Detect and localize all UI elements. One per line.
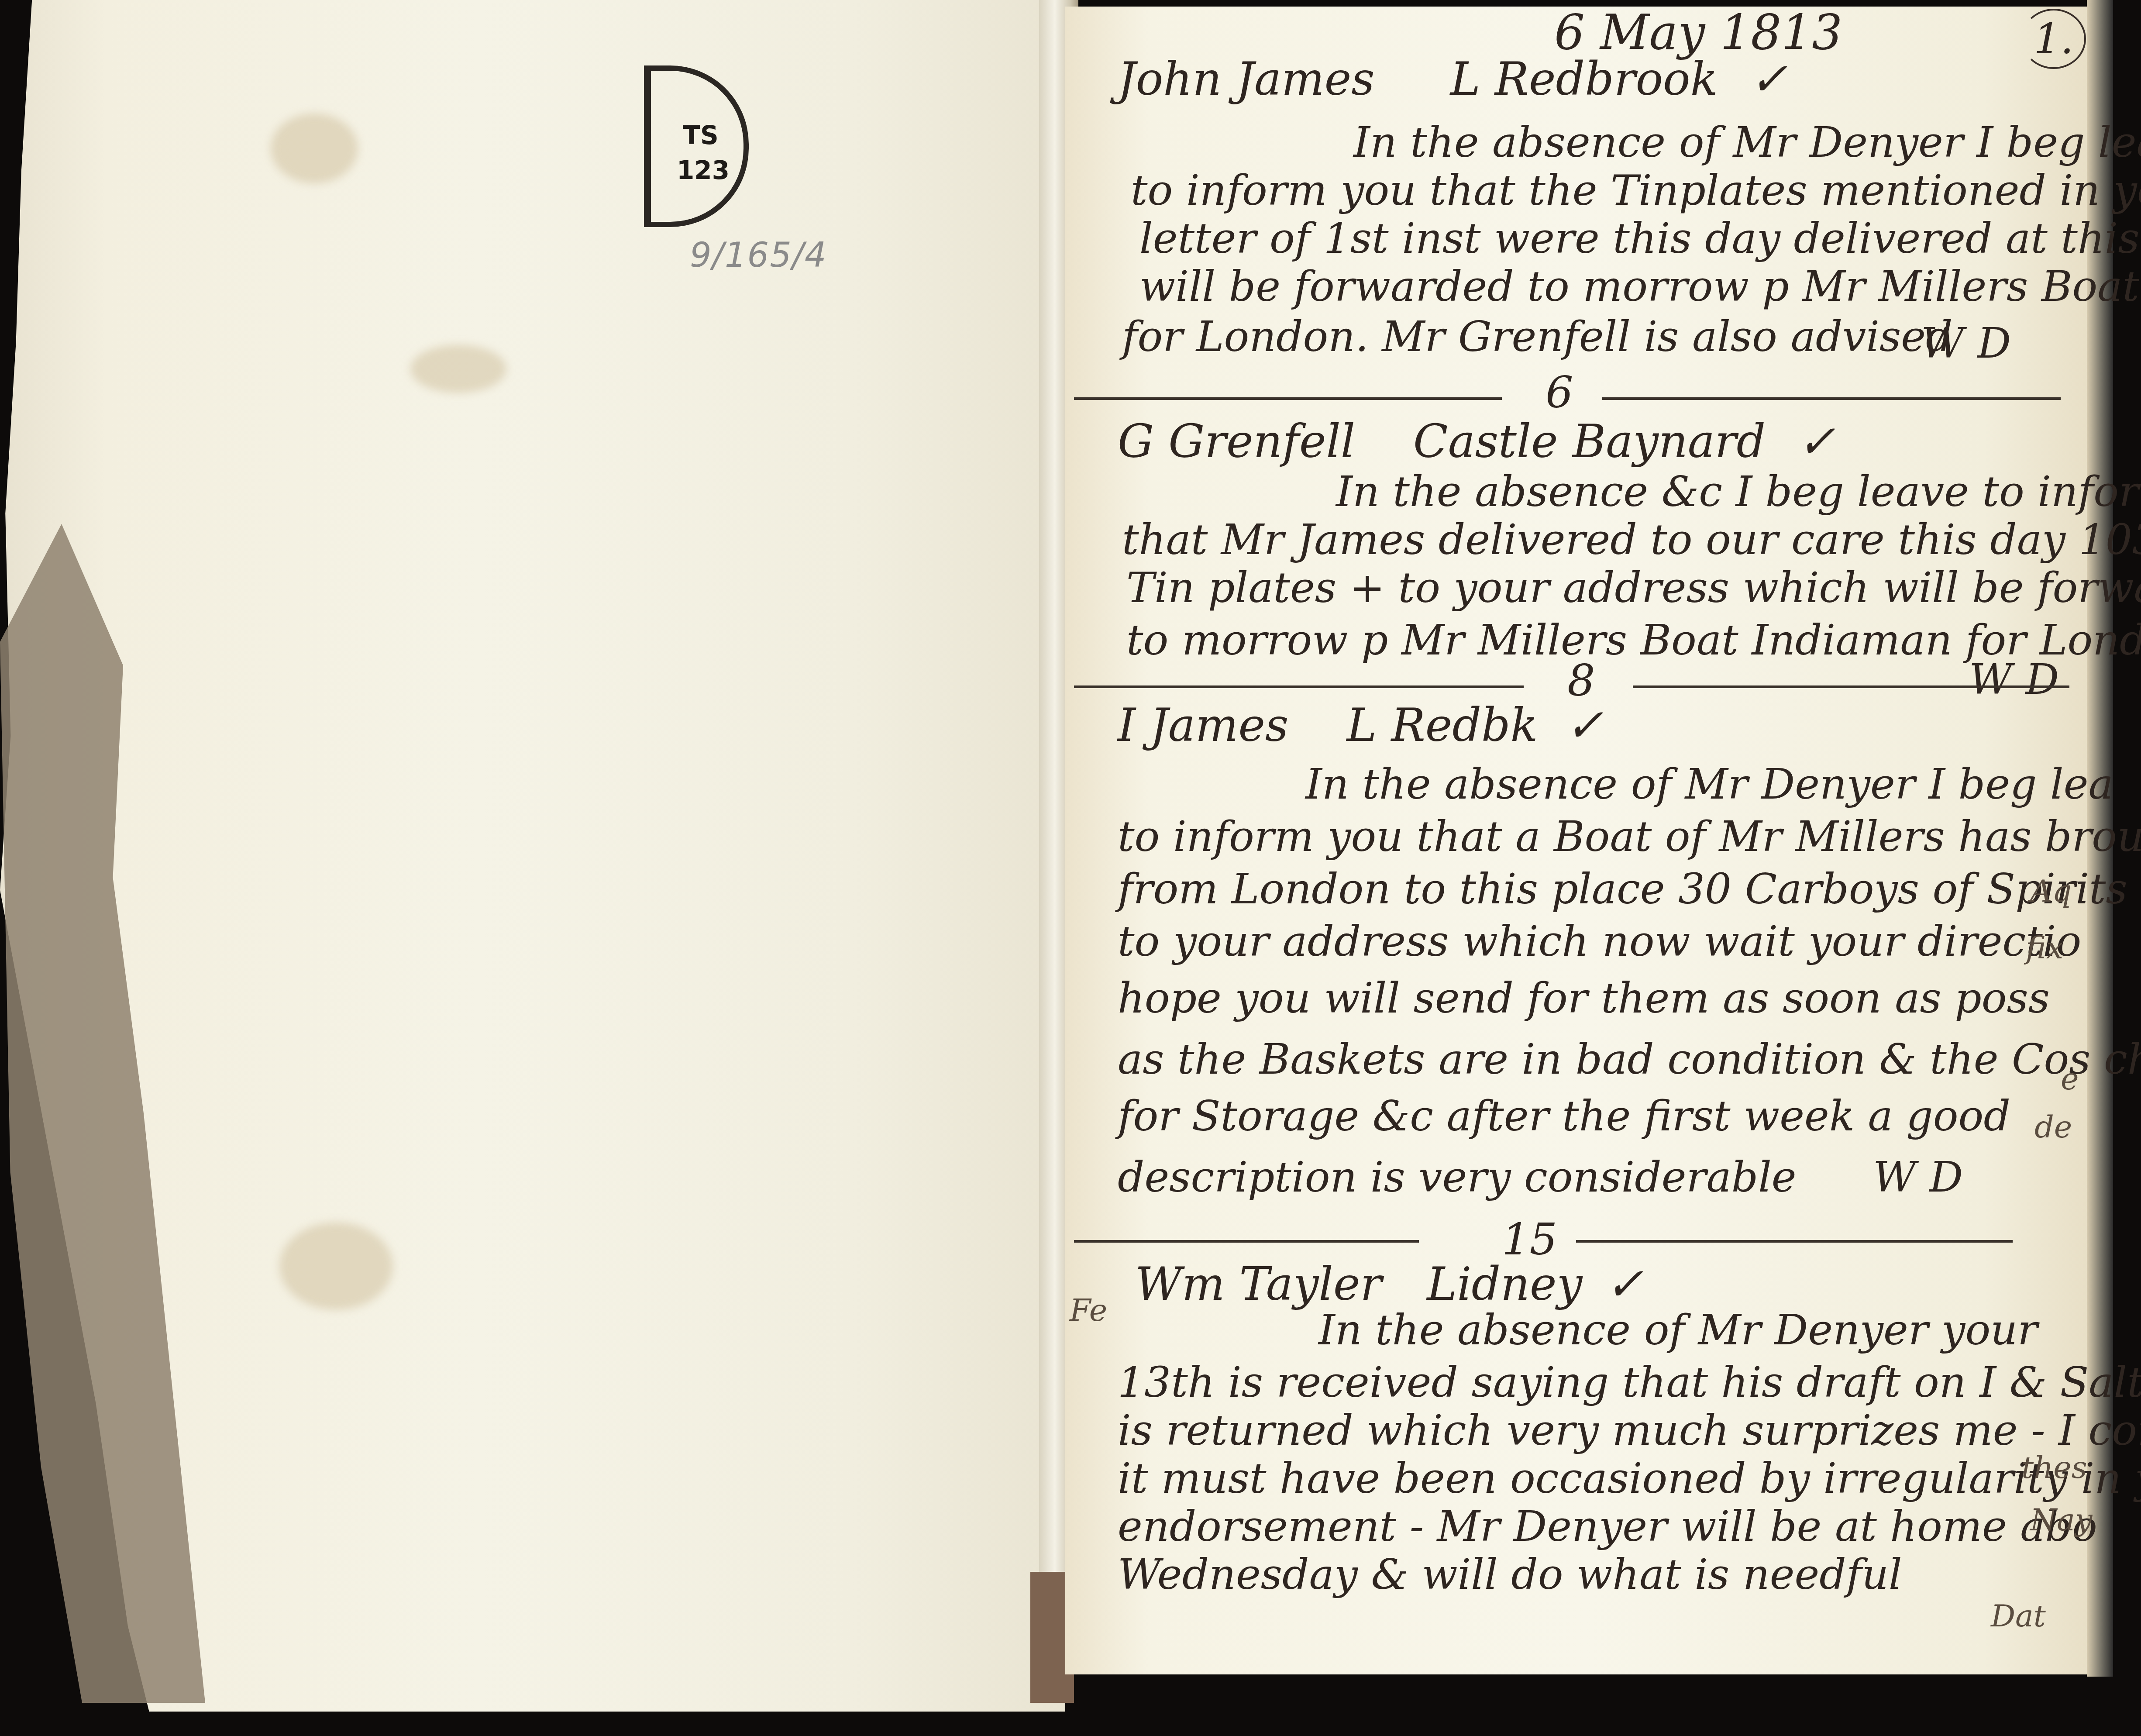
entry-divider [1576,1240,2013,1243]
stain [271,114,358,183]
check-mark-icon: ✓ [1797,415,1835,468]
page-number: 1. [2021,9,2086,69]
entry-4-place: Lidney [1427,1257,1582,1311]
entry-1-heading: John James L Redbrook ✓ [1118,52,1788,106]
entry-2-recipient: G Grenfell [1118,415,1355,468]
entry-2-line: Tin plates + to your address which will … [1126,563,2141,612]
entry-divider [1633,685,2069,688]
margin-note: Fe [1070,1292,1107,1328]
entry-1-line: In the absence of Mr Denyer I beg leave [1353,118,2141,167]
entry-1-line: will be forwarded to morrow p Mr Millers… [1139,262,2141,311]
entry-3-line: from London to this place 30 Carboys of … [1118,865,2141,913]
check-mark-icon: ✓ [1605,1257,1643,1311]
margin-note: Aq [2030,873,2072,909]
entry-4-line: In the absence of Mr Denyer your [1318,1305,2038,1354]
stamp-line-2: 123 [677,153,725,188]
entry-1-place: L Redbrook [1450,52,1718,106]
entry-2-place: Castle Baynard [1413,415,1766,468]
entry-3-signature: W D [1873,1153,1963,1202]
stain [279,1223,393,1310]
stain [410,345,506,393]
entry-2-heading: G Grenfell Castle Baynard ✓ [1118,415,1835,468]
entry-divider [1074,1240,1419,1243]
check-mark-icon: ✓ [1566,699,1604,752]
entry-divider [1074,685,1524,688]
entry-4-heading: Wm Tayler Lidney ✓ [1135,1257,1644,1311]
entry-divider [1602,397,2061,400]
entry-4-line: it must have been occasioned by irregula… [1118,1454,2141,1503]
entry-1-line: letter of 1st inst were this day deliver… [1139,214,2141,263]
archive-stamp-label: TS 123 [677,118,725,188]
entry-3-line: for Storage &c after the first week a go… [1118,1092,2010,1140]
entry-4-line: endorsement - Mr Denyer will be at home … [1118,1502,2097,1551]
entry-1-signature: W D [1921,319,2011,368]
entry-3-line: to your address which now wait your dire… [1118,917,2081,966]
entry-1-recipient: John James [1118,52,1375,106]
stamp-line-1: TS [677,118,725,153]
entry-3-line: hope you will send for them as soon as p… [1118,974,2050,1023]
entry-3-line: In the absence of Mr Denyer I beg lea [1305,760,2113,809]
entry-2-line: In the absence &c I beg leave to inform … [1336,467,2141,516]
entry-4-line: 13th is received saying that his draft o… [1118,1358,2141,1407]
entry-date: 6 May 1813 [1554,4,1842,60]
margin-note: fix [2026,930,2063,966]
entry-3-heading: I James L Redbk ✓ [1118,699,1604,752]
margin-note: Nay [2030,1502,2093,1538]
entry-divider [1074,397,1502,400]
entry-4-recipient: Wm Tayler [1135,1257,1382,1311]
entry-3-recipient: I James [1118,699,1288,752]
pencil-reference: 9/165/4 [690,236,827,275]
entry-3-line: description is very considerable [1118,1153,1797,1202]
entry-3-line: as the Baskets are in bad condition & th… [1118,1035,2141,1084]
entry-4-line: is returned which very much surprizes me… [1118,1406,2141,1455]
entry-2-signature: W D [1969,655,2059,704]
entry-2-line: that Mr James delivered to our care this… [1122,515,2141,564]
entry-1-line: to inform you that the Tinplates mention… [1131,166,2141,215]
entry-3-line: to inform you that a Boat of Mr Millers … [1118,812,2141,861]
margin-note: thes [2021,1450,2087,1485]
entry-2-day: 6 [1546,367,1573,418]
entry-1-line: for London. Mr Grenfell is also advised [1122,312,1953,361]
entry-3-place: L Redbk [1346,699,1538,752]
check-mark-icon: ✓ [1750,52,1788,106]
margin-note: de [2034,1109,2072,1145]
margin-note: e [2061,1061,2079,1097]
entry-4-line: Wednesday & will do what is needful [1118,1550,1902,1599]
margin-note: Dat [1991,1598,2046,1634]
